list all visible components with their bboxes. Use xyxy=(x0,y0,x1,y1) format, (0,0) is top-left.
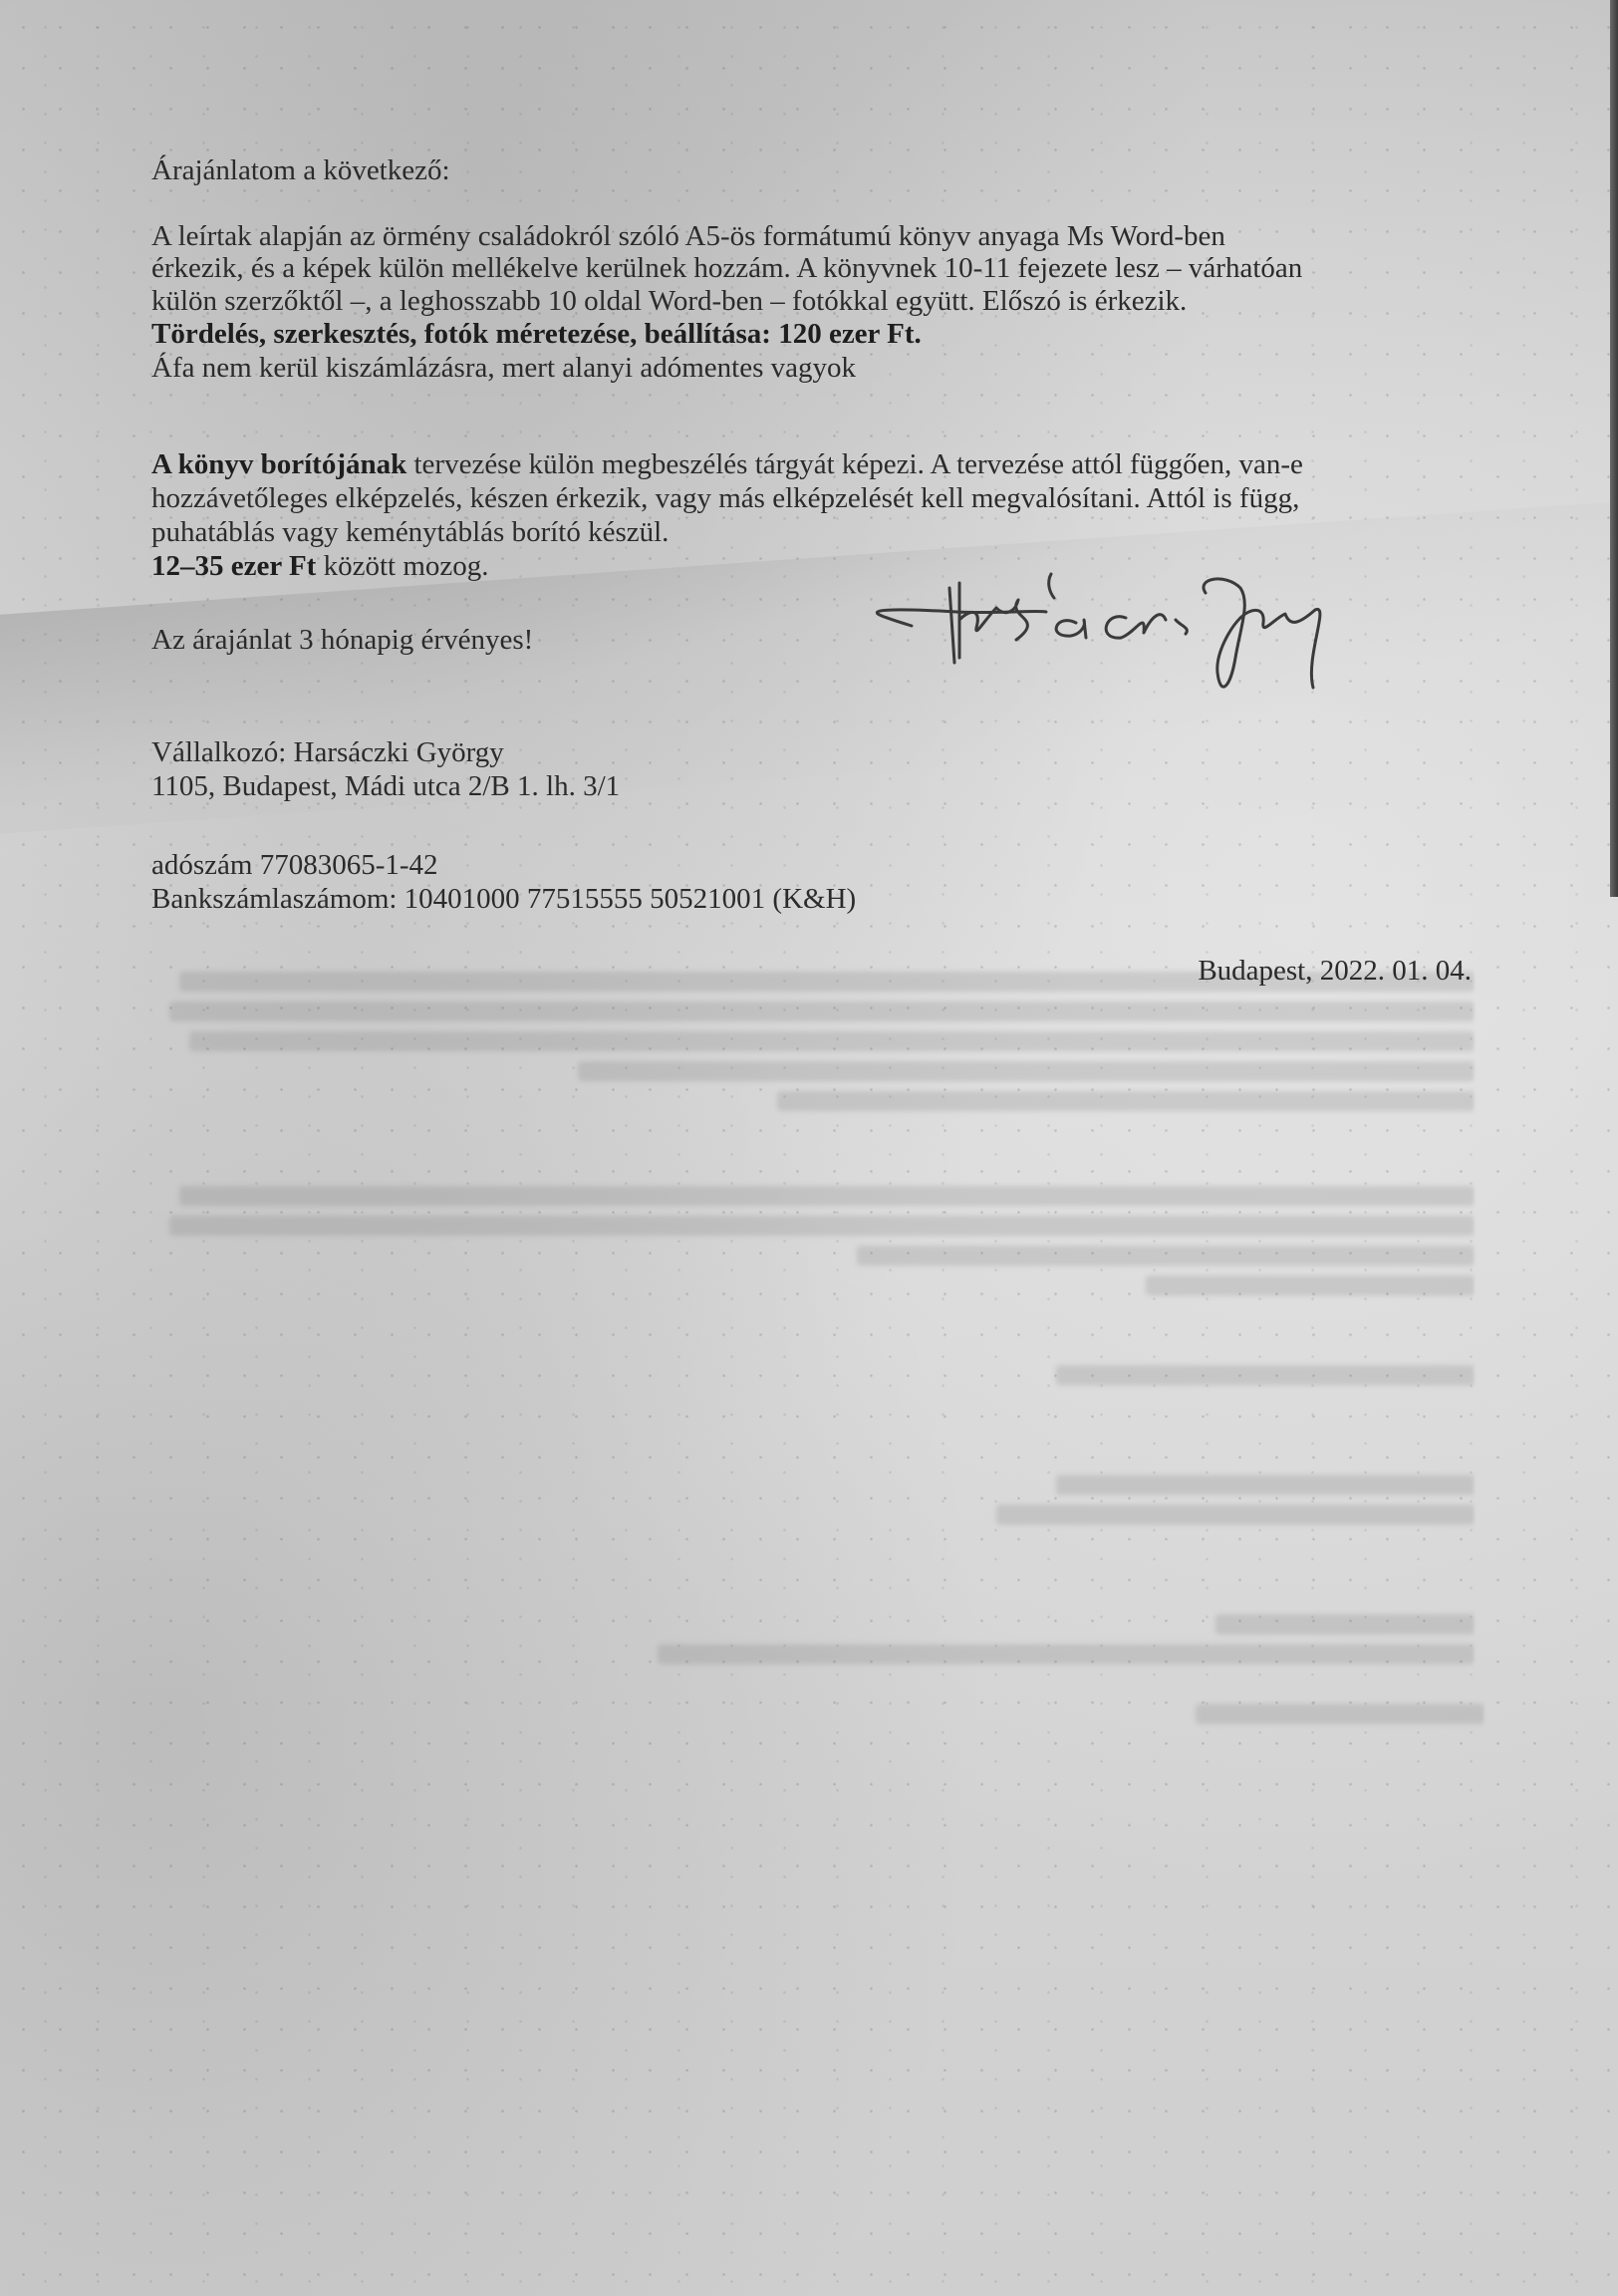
cover-design-lead: A könyv borítójának xyxy=(151,448,406,480)
cover-price-line: 12–35 ezer Ft között mozog. xyxy=(151,547,489,586)
page-title: Árajánlatom a következő: xyxy=(151,151,450,190)
place-and-date: Budapest, 2022. 01. 04. xyxy=(1198,952,1472,991)
bleed-through-block-4 xyxy=(159,1465,1475,1534)
bleed-through-date xyxy=(1186,1694,1484,1733)
vat-note: Áfa nem kerül kiszámlázásra, mert alanyi… xyxy=(151,349,856,388)
cover-price-rest: között mozog. xyxy=(316,550,488,582)
validity-note: Az árajánlat 3 hónapig érvényes! xyxy=(151,621,533,660)
cover-price: 12–35 ezer Ft xyxy=(151,550,316,582)
bank-account: Bankszámlaszámom: 10401000 77515555 5052… xyxy=(151,880,856,919)
contractor-address: 1105, Budapest, Mádi utca 2/B 1. lh. 3/1 xyxy=(151,767,620,806)
bleed-through-block-5 xyxy=(159,1604,1475,1673)
signature-icon xyxy=(847,548,1465,708)
page-edge xyxy=(1610,0,1618,897)
paragraph2-line1-rest: tervezése külön megbeszélés tárgyát képe… xyxy=(406,448,1303,480)
scanned-page: Árajánlatom a következő: A leírtak alapj… xyxy=(0,0,1618,2296)
bleed-through-block-3 xyxy=(159,1355,1475,1394)
bleed-through-block-2 xyxy=(159,1176,1475,1304)
